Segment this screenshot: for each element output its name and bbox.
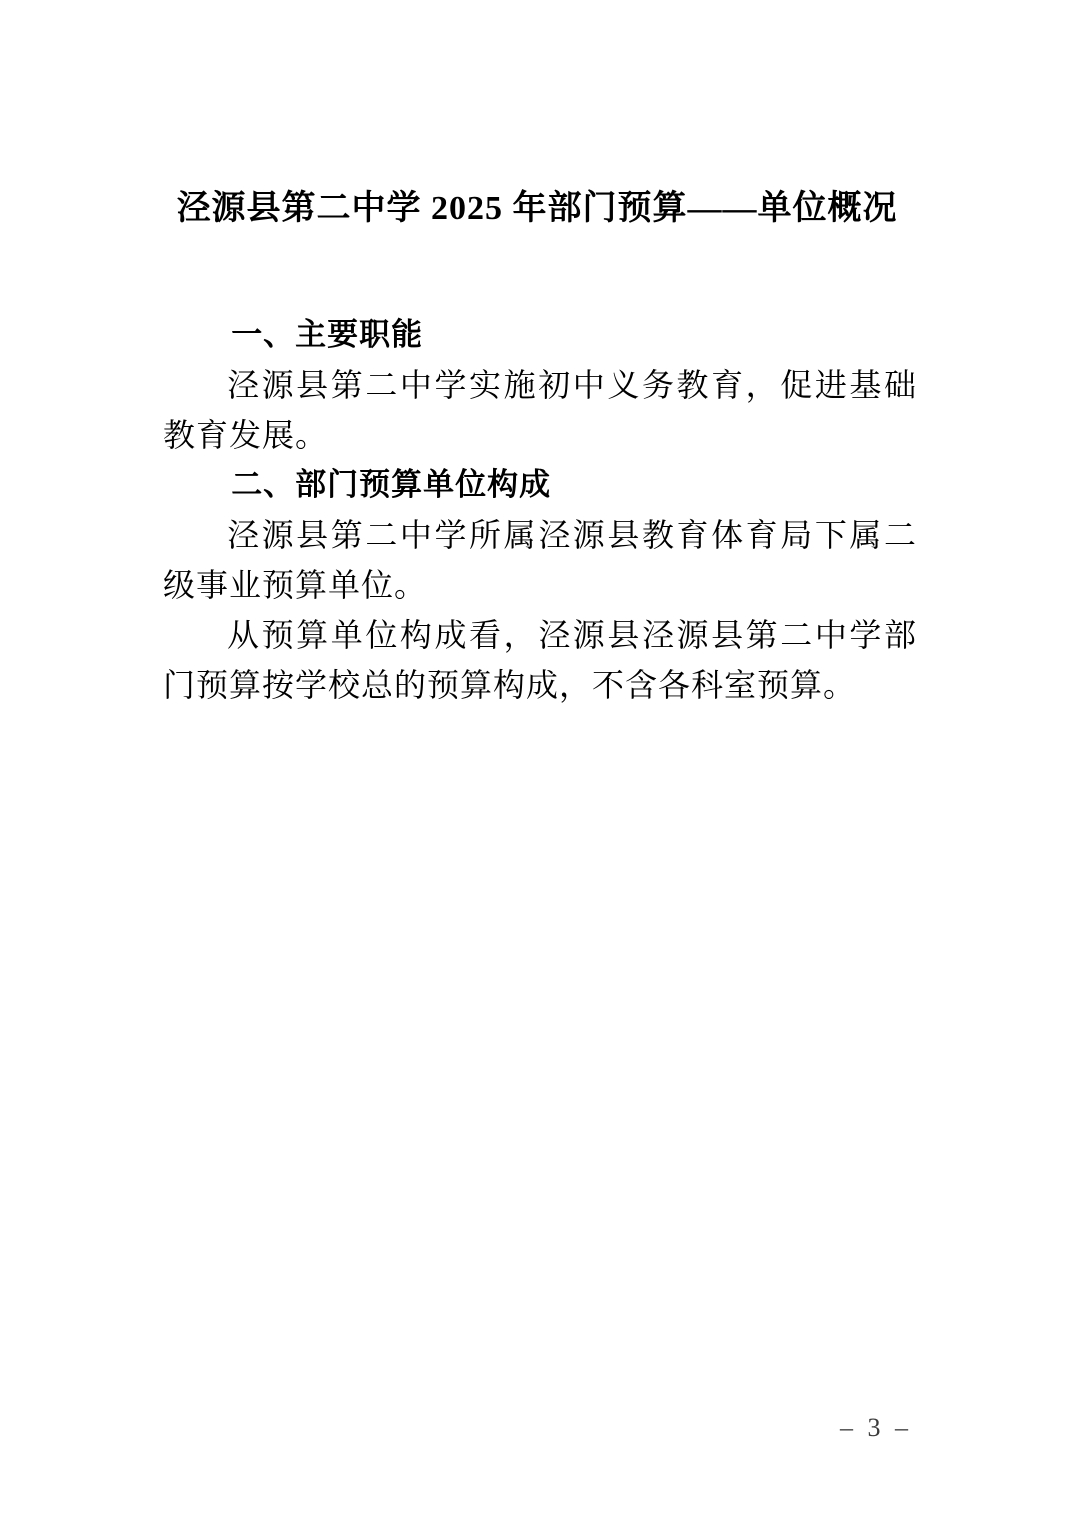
paragraph: 泾源县第二中学所属泾源县教育体育局下属二级事业预算单位。 — [163, 510, 917, 610]
section-heading-budget-unit-composition: 二、部门预算单位构成 — [163, 460, 917, 510]
document-body: 一、主要职能 泾源县第二中学实施初中义务教育，促进基础教育发展。 二、部门预算单… — [163, 310, 917, 710]
paragraph: 泾源县第二中学实施初中义务教育，促进基础教育发展。 — [163, 360, 917, 460]
document-page: 泾源县第二中学 2025 年部门预算——单位概况 一、主要职能 泾源县第二中学实… — [0, 0, 1074, 1520]
section-heading-main-functions: 一、主要职能 — [163, 310, 917, 360]
page-number: – 3 – — [840, 1413, 912, 1443]
document-title: 泾源县第二中学 2025 年部门预算——单位概况 — [0, 0, 1074, 232]
paragraph: 从预算单位构成看，泾源县泾源县第二中学部门预算按学校总的预算构成，不含各科室预算… — [163, 610, 917, 710]
